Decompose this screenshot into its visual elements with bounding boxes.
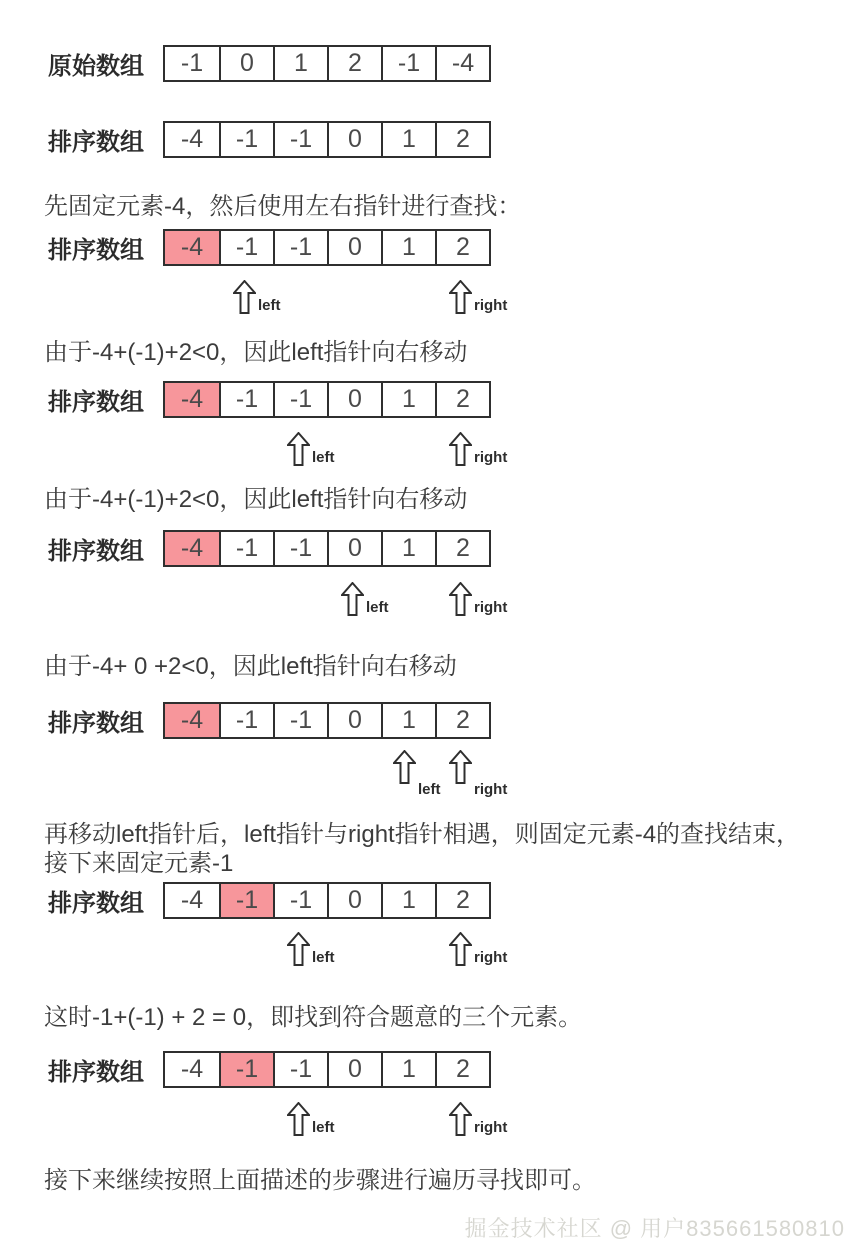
- step3-text: 由于-4+ 0 +2<0，因此left指针向右移动: [44, 652, 457, 681]
- array-cell-highlighted: -4: [165, 231, 219, 264]
- step2-text: 由于-4+(-1)+2<0，因此left指针向右移动: [44, 485, 467, 514]
- array-cell: 2: [435, 123, 489, 156]
- array-row-sorted: 排序数组 -4 -1 -1 0 1 2: [48, 121, 491, 158]
- array-row-fig2: 排序数组 -4 -1 -1 0 1 2: [48, 381, 491, 418]
- array-cell: -1: [219, 123, 273, 156]
- array-cell: 0: [327, 884, 381, 917]
- array-cell: -1: [273, 884, 327, 917]
- step4-text-line2: 接下来固定元素-1: [44, 849, 233, 878]
- left-pointer: left: [287, 1102, 335, 1136]
- right-pointer: right: [449, 932, 507, 966]
- left-pointer-label: left: [312, 950, 335, 965]
- array-box: -4 -1 -1 0 1 2: [163, 530, 491, 567]
- array-cell: 2: [435, 884, 489, 917]
- pointer-row-fig2: left right: [0, 432, 858, 472]
- up-arrow-icon: [449, 1102, 472, 1136]
- pointer-row-fig6: left right: [0, 1102, 858, 1142]
- array-cell-highlighted: -4: [165, 383, 219, 416]
- array-cell: 2: [435, 231, 489, 264]
- array-cell: 2: [435, 1053, 489, 1086]
- up-arrow-icon: [449, 750, 472, 784]
- array-label-sorted: 排序数组: [48, 230, 163, 265]
- array-cell: 0: [327, 532, 381, 565]
- left-pointer: left: [341, 582, 389, 616]
- array-label-sorted: 排序数组: [48, 382, 163, 417]
- left-pointer-label: left: [312, 450, 335, 465]
- step1-text: 由于-4+(-1)+2<0，因此left指针向右移动: [44, 338, 467, 367]
- left-pointer: left: [233, 280, 281, 314]
- right-pointer: right: [449, 1102, 507, 1136]
- left-pointer-label: left: [418, 782, 441, 797]
- right-pointer: right: [449, 432, 507, 466]
- up-arrow-icon: [287, 432, 310, 466]
- array-cell: -4: [165, 1053, 219, 1086]
- pointer-row-fig5: left right: [0, 932, 858, 972]
- array-cell: -1: [273, 383, 327, 416]
- array-cell: -4: [165, 884, 219, 917]
- right-pointer-label: right: [474, 950, 507, 965]
- left-pointer: left: [287, 932, 335, 966]
- array-cell: -1: [219, 532, 273, 565]
- outro-text: 接下来继续按照上面描述的步骤进行遍历寻找即可。: [44, 1166, 596, 1195]
- array-cell: 1: [381, 231, 435, 264]
- right-pointer-label: right: [474, 1120, 507, 1135]
- array-cell-highlighted: -1: [219, 1053, 273, 1086]
- left-pointer-label: left: [258, 298, 281, 313]
- array-cell: 1: [381, 532, 435, 565]
- array-cell: 0: [327, 231, 381, 264]
- watermark-text: 掘金技术社区 @ 用户835661580810: [465, 1212, 845, 1243]
- array-cell: -1: [219, 383, 273, 416]
- up-arrow-icon: [341, 582, 364, 616]
- left-pointer-label: left: [366, 600, 389, 615]
- array-cell: 0: [327, 704, 381, 737]
- array-cell: -1: [381, 47, 435, 80]
- array-cell: -1: [219, 704, 273, 737]
- array-cell: 2: [435, 704, 489, 737]
- array-box: -4 -1 -1 0 1 2: [163, 381, 491, 418]
- array-cell: 1: [381, 704, 435, 737]
- pointer-row-fig3: left right: [0, 582, 858, 622]
- array-cell: 0: [327, 123, 381, 156]
- up-arrow-icon: [449, 432, 472, 466]
- array-row-fig5: 排序数组 -4 -1 -1 0 1 2: [48, 882, 491, 919]
- step5-text: 这时-1+(-1) + 2 = 0，即找到符合题意的三个元素。: [44, 1003, 582, 1032]
- right-pointer: right: [449, 750, 507, 784]
- array-cell: -4: [165, 123, 219, 156]
- array-cell: -1: [219, 231, 273, 264]
- pointer-row-fig4: left right: [0, 750, 858, 790]
- array-cell: 0: [219, 47, 273, 80]
- array-cell: 2: [435, 383, 489, 416]
- up-arrow-icon: [449, 932, 472, 966]
- intro-text: 先固定元素-4，然后使用左右指针进行查找：: [44, 192, 521, 221]
- tutorial-page: 原始数组 -1 0 1 2 -1 -4 排序数组 -4 -1 -1 0 1 2 …: [0, 0, 858, 1255]
- array-cell: 2: [435, 532, 489, 565]
- array-cell-highlighted: -4: [165, 704, 219, 737]
- array-cell: 1: [381, 383, 435, 416]
- array-cell: 1: [381, 1053, 435, 1086]
- array-row-fig4: 排序数组 -4 -1 -1 0 1 2: [48, 702, 491, 739]
- right-pointer: right: [449, 280, 507, 314]
- right-pointer-label: right: [474, 450, 507, 465]
- array-cell: -1: [273, 532, 327, 565]
- array-cell: 0: [327, 383, 381, 416]
- step4-text-line1: 再移动left指针后，left指针与right指针相遇，则固定元素-4的查找结束…: [44, 820, 800, 849]
- array-cell: 1: [381, 884, 435, 917]
- up-arrow-icon: [287, 932, 310, 966]
- array-cell: -1: [273, 231, 327, 264]
- pointer-row-fig1: left right: [0, 280, 858, 320]
- array-row-fig1: 排序数组 -4 -1 -1 0 1 2: [48, 229, 491, 266]
- array-box: -4 -1 -1 0 1 2: [163, 121, 491, 158]
- array-box: -4 -1 -1 0 1 2: [163, 882, 491, 919]
- array-label-sorted: 排序数组: [48, 122, 163, 157]
- array-box: -4 -1 -1 0 1 2: [163, 702, 491, 739]
- up-arrow-icon: [233, 280, 256, 314]
- array-box: -4 -1 -1 0 1 2: [163, 229, 491, 266]
- array-box: -1 0 1 2 -1 -4: [163, 45, 491, 82]
- array-row-fig6: 排序数组 -4 -1 -1 0 1 2: [48, 1051, 491, 1088]
- array-label-sorted: 排序数组: [48, 531, 163, 566]
- array-cell: 1: [381, 123, 435, 156]
- right-pointer-label: right: [474, 782, 507, 797]
- array-label-original: 原始数组: [48, 46, 163, 81]
- right-pointer-label: right: [474, 600, 507, 615]
- array-cell: 1: [273, 47, 327, 80]
- up-arrow-icon: [393, 750, 416, 784]
- up-arrow-icon: [449, 582, 472, 616]
- left-pointer: left: [287, 432, 335, 466]
- array-cell: 0: [327, 1053, 381, 1086]
- right-pointer-label: right: [474, 298, 507, 313]
- array-cell-highlighted: -1: [219, 884, 273, 917]
- array-cell-highlighted: -4: [165, 532, 219, 565]
- up-arrow-icon: [449, 280, 472, 314]
- left-pointer-label: left: [312, 1120, 335, 1135]
- array-cell: -4: [435, 47, 489, 80]
- array-box: -4 -1 -1 0 1 2: [163, 1051, 491, 1088]
- left-pointer: left: [393, 750, 441, 784]
- up-arrow-icon: [287, 1102, 310, 1136]
- array-cell: -1: [273, 123, 327, 156]
- array-label-sorted: 排序数组: [48, 703, 163, 738]
- array-row-fig3: 排序数组 -4 -1 -1 0 1 2: [48, 530, 491, 567]
- right-pointer: right: [449, 582, 507, 616]
- array-cell: -1: [273, 1053, 327, 1086]
- array-cell: 2: [327, 47, 381, 80]
- array-row-original: 原始数组 -1 0 1 2 -1 -4: [48, 45, 491, 82]
- array-label-sorted: 排序数组: [48, 1052, 163, 1087]
- array-label-sorted: 排序数组: [48, 883, 163, 918]
- array-cell: -1: [273, 704, 327, 737]
- array-cell: -1: [165, 47, 219, 80]
